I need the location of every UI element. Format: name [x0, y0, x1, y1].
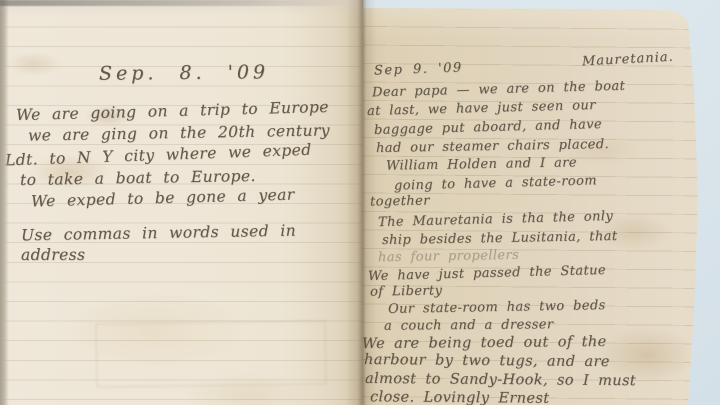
notebook-photo: Sep. 8. '09 We are going on a trip to Eu… — [0, 0, 720, 405]
handwriting-line: Ldt. to N Y city where we exped — [5, 143, 312, 169]
handwriting-line: has four propellers — [378, 249, 519, 264]
handwriting-line: We are being toed out of the — [362, 335, 607, 352]
handwriting-line: We exped to be gone a year — [31, 188, 295, 210]
handwriting-line: The Mauretania is tha the only — [378, 210, 613, 229]
handwriting-line: together — [370, 194, 430, 208]
handwriting-line: address — [21, 248, 85, 264]
handwriting-line: had our steamer chairs placed. — [376, 138, 609, 155]
left-page: Sep. 8. '09 We are going on a trip to Eu… — [0, 0, 363, 405]
left-date-heading: Sep. 8. '09 — [99, 63, 269, 83]
handwriting-line: Our state-room has two beds — [388, 299, 606, 316]
handwriting-line: baggage put aboard, and have — [374, 118, 602, 137]
handwriting-line: harbour by two tugs, and are — [364, 353, 610, 370]
handwriting-line: almost to Sandy-Hook, so I must — [365, 372, 636, 389]
ink-bleed-stain — [96, 320, 327, 387]
handwriting-line: a couch and a dresser — [384, 318, 554, 332]
handwriting-line: at last, we have just seen our — [367, 99, 596, 118]
handwriting-line: ship besides the Lusitania, that — [382, 230, 618, 247]
right-date-heading: Sep 9. '09 — [374, 61, 463, 77]
handwriting-line: going to have a state-room — [394, 174, 597, 192]
handwriting-line: Use commas in words used in — [21, 224, 296, 244]
right-page: Mauretania. Sep 9. '09 Dear papa — we ar… — [362, 0, 720, 405]
handwriting-line: We have just passed the Statue — [368, 264, 606, 283]
handwriting-line: William Holden and I are — [386, 156, 577, 172]
handwriting-line: close. Lovingly Ernest — [370, 390, 550, 405]
handwriting-line: to take a boat to Europe. — [20, 169, 256, 189]
ship-name-heading: Mauretania. — [582, 51, 674, 69]
handwriting-line: of Liberty — [370, 284, 443, 298]
handwriting-line: We are going on a trip to Europe — [16, 100, 329, 124]
handwriting-line: Dear papa — we are on the boat — [372, 80, 626, 100]
